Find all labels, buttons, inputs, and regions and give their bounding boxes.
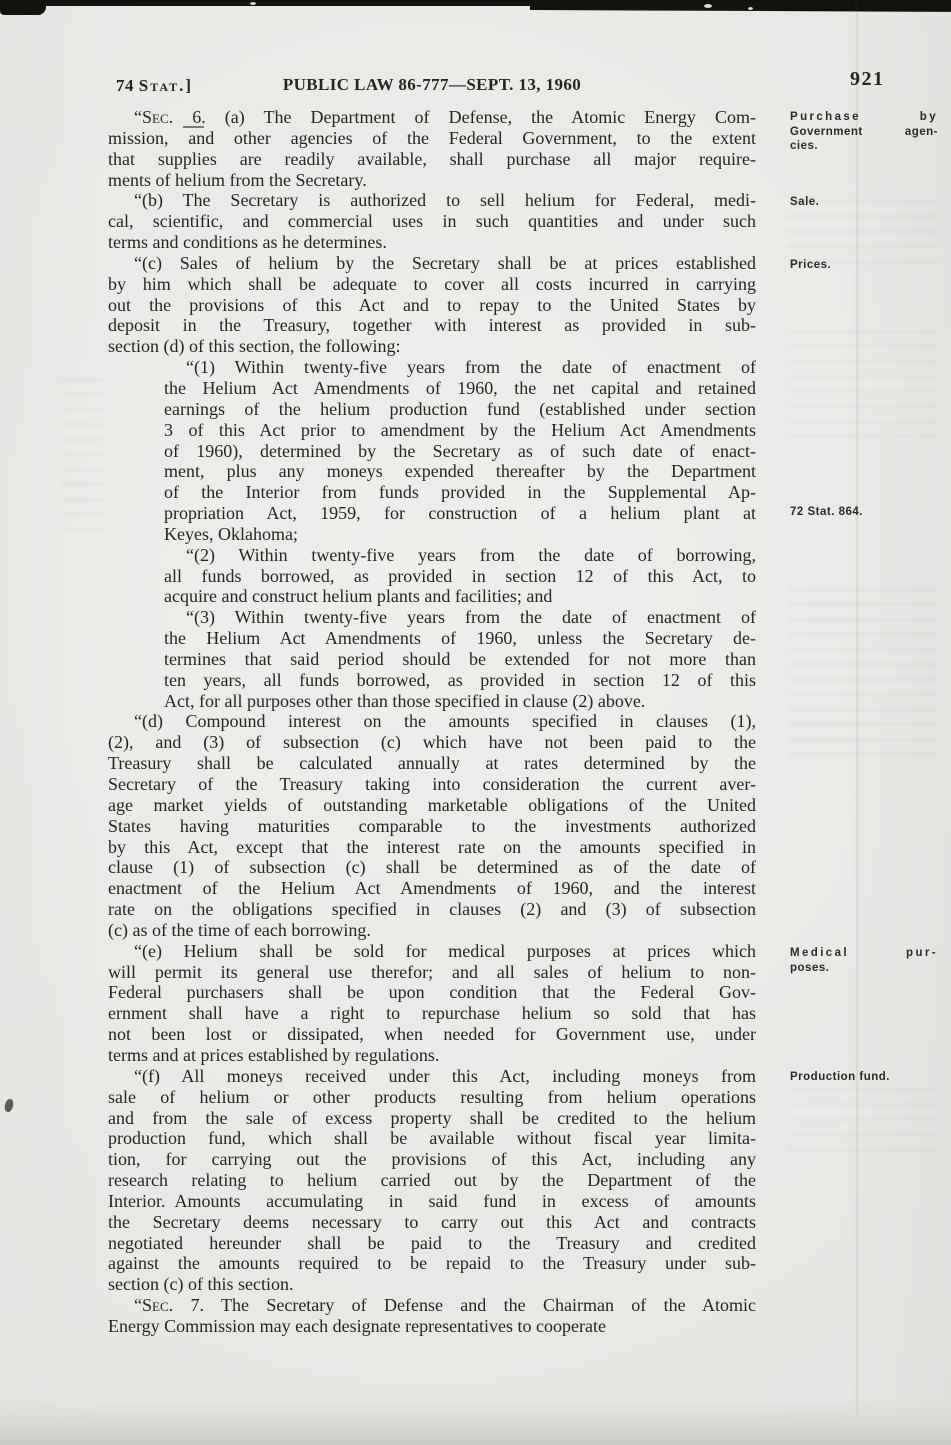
margin-note: Sale. [790, 195, 938, 210]
text-line: that supplies are readily available, sha… [108, 149, 756, 170]
scan-speck [704, 4, 712, 8]
law-title: PUBLIC LAW 86-777—SEPT. 13, 1960 [108, 75, 756, 95]
text-line: enactment of the Helium Act Amendments o… [108, 878, 756, 899]
text-line: not been lost or dissipated, when needed… [108, 1024, 756, 1045]
scan-edge-top-left-blob [0, 0, 46, 15]
section-smallcaps: “Sec. [134, 1295, 173, 1315]
text-line: termines that said period should be exte… [164, 649, 756, 670]
page-header: 74 Stat.] PUBLIC LAW 86-777—SEPT. 13, 19… [108, 75, 756, 99]
scan-speck [748, 7, 753, 10]
text-line: by him which shall be adequate to cover … [108, 274, 756, 295]
text-line: Treasury shall be calculated annually at… [108, 753, 756, 774]
text-line: (c) as of the time of each borrowing. [108, 920, 756, 941]
text-line: acquire and construct helium plants and … [164, 586, 756, 607]
bleed-through-smudge [788, 200, 938, 266]
paragraph: “(f) All moneys received under this Act,… [108, 1066, 756, 1295]
text-line: section (d) of this section, the followi… [108, 336, 756, 357]
scan-edge-bottom [0, 1399, 951, 1445]
text-line: the Helium Act Amendments of 1960, the n… [164, 378, 756, 399]
paper-crease [855, 0, 859, 1445]
text-line: sale of helium or other products resulti… [108, 1087, 756, 1108]
paragraph: “(d) Compound interest on the amounts sp… [108, 711, 756, 940]
paragraph: “(e) Helium shall be sold for medical pu… [108, 941, 756, 1066]
margin-note: Purchase byGovernment agen-cies. [790, 110, 938, 154]
text-line: ments of helium from the Secretary. [108, 170, 756, 191]
margin-note: Production fund. [790, 1070, 938, 1085]
text-line: against the amounts required to be repai… [108, 1253, 756, 1274]
paragraph: “(1) Within twenty-five years from the d… [108, 357, 756, 545]
text-line: all funds borrowed, as provided in secti… [164, 566, 756, 587]
margin-note-line: 72 Stat. 864. [790, 505, 938, 520]
text-line: deposit in the Treasury, together with i… [108, 315, 756, 336]
text-line: production fund, which shall be availabl… [108, 1128, 756, 1149]
margin-note-line: Medical pur- [790, 946, 938, 961]
section-smallcaps: “Sec. [134, 107, 173, 127]
margin-note: 72 Stat. 864. [790, 505, 938, 520]
text-line: rate on the obligations specified in cla… [108, 899, 756, 920]
text-line: by this Act, except that the interest ra… [108, 837, 756, 858]
text-line: ernment shall have a right to repurchase… [108, 1003, 756, 1024]
margin-note: Prices. [790, 258, 938, 273]
paragraph: “(b) The Secretary is authorized to sell… [108, 190, 756, 253]
margin-note-line: Purchase by [790, 110, 938, 125]
paragraph: “Sec. 6. (a) The Department of Defense, … [108, 107, 756, 190]
text-line: (2), and (3) of subsection (c) which hav… [108, 732, 756, 753]
text-line: “(3) Within twenty-five years from the d… [164, 607, 756, 628]
text-line: cal, scientific, and commercial uses in … [108, 211, 756, 232]
page-number: 921 [850, 68, 885, 91]
text-line: terms and conditions as he determines. [108, 232, 756, 253]
statute-body-text: “Sec. 6. (a) The Department of Defense, … [108, 107, 756, 1337]
text-line: “(b) The Secretary is authorized to sell… [108, 190, 756, 211]
text-line: clause (1) of subsection (c) shall be de… [108, 857, 756, 878]
text-line: of 1960), determined by the Secretary as… [164, 441, 756, 462]
text-line: “Sec. 7. The Secretary of Defense and th… [108, 1295, 756, 1316]
scan-edge-top-right [530, 0, 951, 12]
text-line: section (c) of this section. [108, 1274, 756, 1295]
text-line: Energy Commission may each designate rep… [108, 1316, 756, 1337]
bleed-through-smudge [788, 1088, 938, 1158]
text-line: the Helium Act Amendments of 1960, unles… [164, 628, 756, 649]
text-line: out the provisions of this Act and to re… [108, 295, 756, 316]
text-line: ment, plus any moneys expended thereafte… [164, 461, 756, 482]
scan-speck [250, 2, 256, 5]
bleed-through-smudge [60, 378, 106, 533]
text-line: 3 of this Act prior to amendment by the … [164, 420, 756, 441]
text-line: age market yields of outstanding marketa… [108, 795, 756, 816]
text-line: Act, for all purposes other than those s… [164, 691, 756, 712]
text-line: mission, and other agencies of the Feder… [108, 128, 756, 149]
text-line: research relating to helium carried out … [108, 1170, 756, 1191]
text-line: tion, for carrying out the provisions of… [108, 1149, 756, 1170]
text-line: States having maturities comparable to t… [108, 816, 756, 837]
text-line: the Secretary deems necessary to carry o… [108, 1212, 756, 1233]
margin-note-line: poses. [790, 961, 938, 976]
text-line: terms and at prices established by regul… [108, 1045, 756, 1066]
text-line: Keyes, Oklahoma; [164, 524, 756, 545]
text-line: and from the sale of excess property sha… [108, 1108, 756, 1129]
text-line: “(1) Within twenty-five years from the d… [164, 357, 756, 378]
paragraph: “(c) Sales of helium by the Secretary sh… [108, 253, 756, 357]
text-line: of the Interior from funds provided in t… [164, 482, 756, 503]
text-line: “(c) Sales of helium by the Secretary sh… [108, 253, 756, 274]
margin-note-line: Sale. [790, 195, 938, 210]
margin-note-line: Production fund. [790, 1070, 938, 1085]
text-line: “Sec. 6. (a) The Department of Defense, … [108, 107, 756, 128]
bleed-through-smudge [788, 588, 938, 763]
paragraph: “(3) Within twenty-five years from the d… [108, 607, 756, 711]
text-line: propriation Act, 1959, for construction … [164, 503, 756, 524]
text-line: earnings of the helium production fund (… [164, 399, 756, 420]
text-line: Interior. Amounts accumulating in said f… [108, 1191, 756, 1212]
margin-note-line: Government agen- [790, 125, 938, 140]
statute-scanned-page: 74 Stat.] PUBLIC LAW 86-777—SEPT. 13, 19… [0, 0, 951, 1445]
paragraph: “Sec. 7. The Secretary of Defense and th… [108, 1295, 756, 1337]
bleed-through-smudge [788, 330, 938, 440]
margin-note: Medical pur-poses. [790, 946, 938, 975]
text-line: “(e) Helium shall be sold for medical pu… [108, 941, 756, 962]
ink-speck [4, 1098, 15, 1113]
text-line: “(d) Compound interest on the amounts sp… [108, 711, 756, 732]
margin-note-line: cies. [790, 139, 938, 154]
text-line: “(f) All moneys received under this Act,… [108, 1066, 756, 1087]
margin-note-line: Prices. [790, 258, 938, 273]
text-line: will permit its general use therefor; an… [108, 962, 756, 983]
text-line: ten years, all funds borrowed, as provid… [164, 670, 756, 691]
text-line: “(2) Within twenty-five years from the d… [164, 545, 756, 566]
paragraph: “(2) Within twenty-five years from the d… [108, 545, 756, 608]
text-line: Federal purchasers shall be upon conditi… [108, 982, 756, 1003]
text-line: negotiated hereunder shall be paid to th… [108, 1233, 756, 1254]
text-line: Secretary of the Treasury taking into co… [108, 774, 756, 795]
